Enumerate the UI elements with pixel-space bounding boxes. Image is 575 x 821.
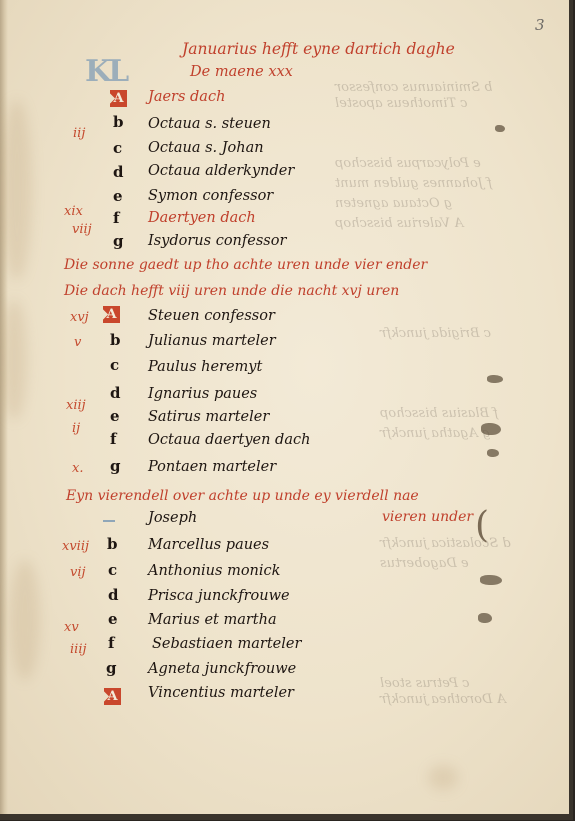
- month-heading: Januarius hefft eyne dartich daghe: [182, 40, 455, 58]
- kl-marginal-mark: KL: [85, 54, 126, 89]
- show-through-text: c Timotheus apostel: [335, 96, 468, 111]
- entry-text: Sebastiaen marteler: [152, 636, 301, 652]
- rubric-initial: A: [104, 688, 121, 705]
- entry-text: Prisca junckfrouwe: [148, 588, 290, 604]
- ink-brace: (: [475, 505, 489, 546]
- dominical-letter: g: [113, 232, 124, 250]
- entry-text: Paulus heremyt: [148, 359, 262, 375]
- entry-text: Symon confessor: [148, 188, 273, 204]
- entry-text: Satirus marteler: [148, 409, 269, 425]
- golden-number: viij: [72, 222, 92, 237]
- dominical-letter: e: [110, 407, 120, 425]
- golden-number: v: [74, 335, 81, 350]
- manuscript-page: b Sminiaunus confessor c Timotheus apost…: [0, 0, 573, 820]
- golden-number: ij: [72, 421, 80, 436]
- dominical-letter: f: [108, 634, 114, 652]
- entry-text: Jaers dach: [148, 89, 225, 105]
- rubric-initial: A: [110, 90, 127, 107]
- entry-text: Octaua s. steuen: [148, 116, 271, 132]
- dominical-letter: d: [110, 384, 121, 402]
- show-through-text: A Valerius bisschop: [335, 216, 464, 231]
- golden-number: xvj: [70, 310, 89, 325]
- golden-number: iij: [73, 126, 85, 141]
- dominical-letter: c: [108, 561, 117, 579]
- entry-text: Julianus marteler: [148, 333, 276, 349]
- show-through-text: e Dagobertus: [380, 556, 469, 571]
- ink-blot: [480, 575, 502, 585]
- blue-mark: [103, 520, 115, 522]
- water-stain: [10, 560, 40, 680]
- folio-number: 3: [535, 16, 545, 34]
- dominical-letter: g: [110, 457, 121, 475]
- entry-text: Isydorus confessor: [148, 233, 286, 249]
- dominical-letter: d: [108, 586, 119, 604]
- water-stain: [2, 300, 27, 420]
- golden-number: xv: [64, 620, 79, 635]
- water-stain: [428, 765, 458, 790]
- rubric-sunset-2: vieren under: [382, 509, 473, 525]
- golden-number: iiij: [70, 642, 87, 657]
- dominical-letter: e: [108, 610, 118, 628]
- entry-text: Joseph: [148, 510, 197, 526]
- ink-blot: [487, 449, 499, 457]
- show-through-text: f Blasius bisschop: [380, 406, 498, 421]
- show-through-text: f Johannes gulden munt: [335, 176, 492, 191]
- show-through-text: b Sminiaunus confessor: [335, 80, 492, 95]
- show-through-text: g Octaua agneten: [335, 196, 452, 211]
- dominical-letter: d: [113, 163, 124, 181]
- entry-text: Marcellus paues: [148, 537, 269, 553]
- show-through-text: g Agatha junckfr: [380, 426, 490, 441]
- entry-text: Marius et martha: [148, 612, 277, 628]
- water-stain: [2, 100, 32, 280]
- entry-text: Octaua alderkynder: [148, 163, 294, 179]
- rubric-sunrise: Die sonne gaedt up tho achte uren unde v…: [64, 257, 427, 273]
- ink-blot: [478, 613, 492, 623]
- entry-text: Pontaen marteler: [148, 459, 276, 475]
- show-through-text: e Polycarpus bisschop: [335, 156, 481, 171]
- ink-blot: [487, 375, 503, 383]
- entry-text: Vincentius marteler: [148, 685, 294, 701]
- dominical-letter: c: [113, 139, 122, 157]
- show-through-text: d Scolastica junckfr: [380, 536, 511, 551]
- entry-text: Octaua s. Johan: [148, 140, 264, 156]
- entry-text: Ignarius paues: [148, 386, 257, 402]
- dominical-letter: b: [113, 113, 124, 131]
- dominical-letter: c: [110, 356, 119, 374]
- golden-number: xix: [64, 204, 83, 219]
- entry-text: Anthonius monick: [148, 563, 280, 579]
- dominical-letter: f: [110, 430, 116, 448]
- golden-number: xviij: [62, 539, 89, 554]
- dominical-letter: e: [113, 187, 123, 205]
- show-through-text: c Brigida junckfr: [380, 326, 491, 341]
- show-through-text: c Petrus stoel: [380, 676, 469, 691]
- ink-blot: [481, 423, 501, 435]
- entry-text: Octaua daertyen dach: [148, 432, 310, 448]
- dominical-letter: b: [110, 331, 121, 349]
- moon-heading: De maene xxx: [190, 64, 293, 80]
- golden-number: x.: [72, 461, 83, 476]
- show-through-text: A Dorothea junckfr: [380, 692, 506, 707]
- rubric-daylength: Die dach hefft viij uren unde die nacht …: [64, 283, 399, 299]
- ink-blot: [495, 125, 505, 132]
- golden-number: xiij: [66, 398, 86, 413]
- rubric-sunrise-2: Eyn vierendell over achte up unde ey vie…: [66, 488, 419, 504]
- entry-text: Agneta junckfrouwe: [148, 661, 296, 677]
- dominical-letter: b: [107, 535, 118, 553]
- rubric-initial: A: [103, 306, 120, 323]
- entry-text: Daertyen dach: [148, 210, 256, 226]
- dominical-letter: f: [113, 209, 119, 227]
- golden-number: vij: [70, 565, 86, 580]
- entry-text: Steuen confessor: [148, 308, 275, 324]
- dominical-letter: g: [106, 659, 117, 677]
